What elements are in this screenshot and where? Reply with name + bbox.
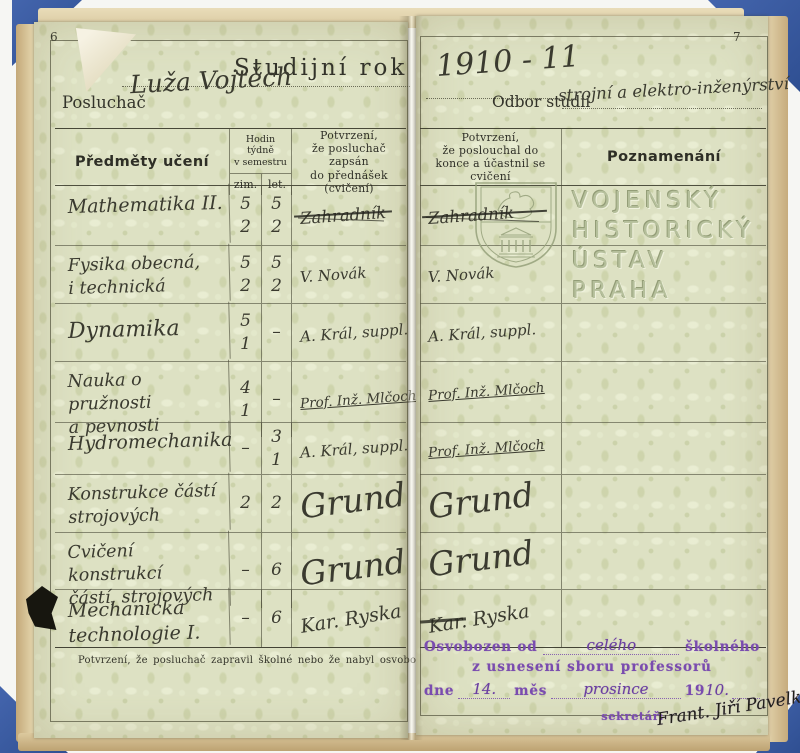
hours-winter-cell: – <box>230 590 262 647</box>
complete-signature: Zahradník <box>420 186 562 245</box>
hours-summer-cell: 31 <box>262 423 292 474</box>
exemption-stamp: Osvobozen od celého školného z usnesení … <box>424 636 760 724</box>
stamp-hand-year: 10. <box>705 681 729 699</box>
enroll-signature: Kar. Ryska <box>292 590 406 647</box>
table-row: Cvičení konstrukcí částí, strojových – 6… <box>55 533 406 590</box>
hours-winter-cell: 52 <box>230 246 262 303</box>
column-header-notes: Poznamenání <box>562 129 766 185</box>
enroll-signature: Zahradník <box>292 186 406 245</box>
stamp-hand-day: 14. <box>472 680 496 698</box>
stamp-date-line: dne 14. měs prosince 1910. <box>424 680 760 699</box>
stamp-hand-month: prosince <box>583 680 648 698</box>
subject-cell: Mechanická technologie I. <box>54 588 230 650</box>
scanned-record-book: 6 Studijní rok Posluchač Luža Vojtěch Př… <box>0 0 800 753</box>
table-row: Grund <box>420 475 766 533</box>
notes-cell <box>562 475 766 532</box>
complete-signature: V. Novák <box>420 246 562 303</box>
complete-signature: Prof. Inž. Mlčoch <box>420 423 562 474</box>
stamp-hand-scope: celého <box>587 636 637 654</box>
enroll-signature: A. Král, suppl. <box>292 304 406 361</box>
tuition-note: Potvrzení, že posluchač zapravil školné … <box>78 655 441 666</box>
page-number-left: 6 <box>50 30 58 44</box>
table-header-right: Potvrzení, že poslouchal do konce a účas… <box>420 128 766 186</box>
notes-cell <box>562 362 766 422</box>
table-row: Prof. Inž. Mlčoch <box>420 362 766 423</box>
notes-cell <box>562 304 766 361</box>
subjects-table-left: Předměty učení Hodin týdně v semestru zi… <box>55 128 406 648</box>
hours-summer-cell: 52 <box>262 186 292 245</box>
watermark-text: VOJENSKÝ HISTORICKÝ ÚSTAV PRAHA <box>572 186 768 306</box>
book-gutter-shadow <box>399 16 423 740</box>
page-number-right: 7 <box>733 30 741 44</box>
page-right: 7 1910 - 11 Odbor studii strojní a elekt… <box>416 16 768 735</box>
table-row: A. Král, suppl. <box>420 304 766 362</box>
table-row: Nauka o pružnosti a pevnosti 41 – Prof. … <box>55 362 406 423</box>
page-left: 6 Studijní rok Posluchač Luža Vojtěch Př… <box>34 22 408 738</box>
hours-summer-cell: 6 <box>262 590 292 647</box>
hours-summer-cell: 2 <box>262 475 292 532</box>
table-row: Fysika obecná, i technická 52 52 V. Nová… <box>55 246 406 304</box>
table-row: Prof. Inž. Mlčoch <box>420 423 766 475</box>
hours-winter-cell: 52 <box>230 186 262 245</box>
enroll-signature: V. Novák <box>292 246 406 303</box>
hours-winter-cell: 2 <box>230 475 262 532</box>
column-header-confirm-completed: Potvrzení, že poslouchal do konce a účas… <box>420 129 562 185</box>
hours-summer-cell: 52 <box>262 246 292 303</box>
column-header-confirm-enrolled: Potvrzení, že posluchač zapsán do předná… <box>292 129 406 195</box>
subject-cell: Mathematika II. <box>54 184 230 248</box>
complete-signature: Grund <box>420 533 562 589</box>
table-row: Konstrukce částí strojových 2 2 Grund <box>55 475 406 533</box>
complete-signature: A. Král, suppl. <box>420 304 562 361</box>
hours-winter-cell: 51 <box>230 304 262 361</box>
subject-cell: Hydromechanika <box>54 421 230 477</box>
subject-cell: Fysika obecná, i technická <box>54 244 230 306</box>
table-row: Hydromechanika – 31 A. Král, suppl. <box>55 423 406 475</box>
table-row: Dynamika 51 – A. Král, suppl. <box>55 304 406 362</box>
table-row: Mathematika II. 52 52 Zahradník <box>55 186 406 246</box>
table-row: Grund <box>420 533 766 590</box>
table-header-left: Předměty učení Hodin týdně v semestru zi… <box>55 128 406 186</box>
notes-cell <box>562 533 766 589</box>
table-row: Mechanická technologie I. – 6 Kar. Ryska <box>55 590 406 648</box>
subject-cell: Dynamika <box>54 302 230 364</box>
complete-signature: Prof. Inž. Mlčoch <box>420 362 562 422</box>
column-header-hours: Hodin týdně v semestru zim. let. <box>230 129 292 195</box>
notes-cell <box>562 423 766 474</box>
hours-summer-cell: – <box>262 304 292 361</box>
enroll-signature: A. Král, suppl. <box>292 423 406 474</box>
hours-winter-cell: – <box>230 423 262 474</box>
stamp-exemption-line: Osvobozen od celého školného <box>424 636 760 655</box>
enroll-signature: Grund <box>292 475 406 532</box>
stamp-resolution-line: z usnesení sboru professorů <box>424 659 760 675</box>
subject-cell: Konstrukce částí strojových <box>54 473 230 535</box>
complete-signature: Grund <box>420 475 562 532</box>
